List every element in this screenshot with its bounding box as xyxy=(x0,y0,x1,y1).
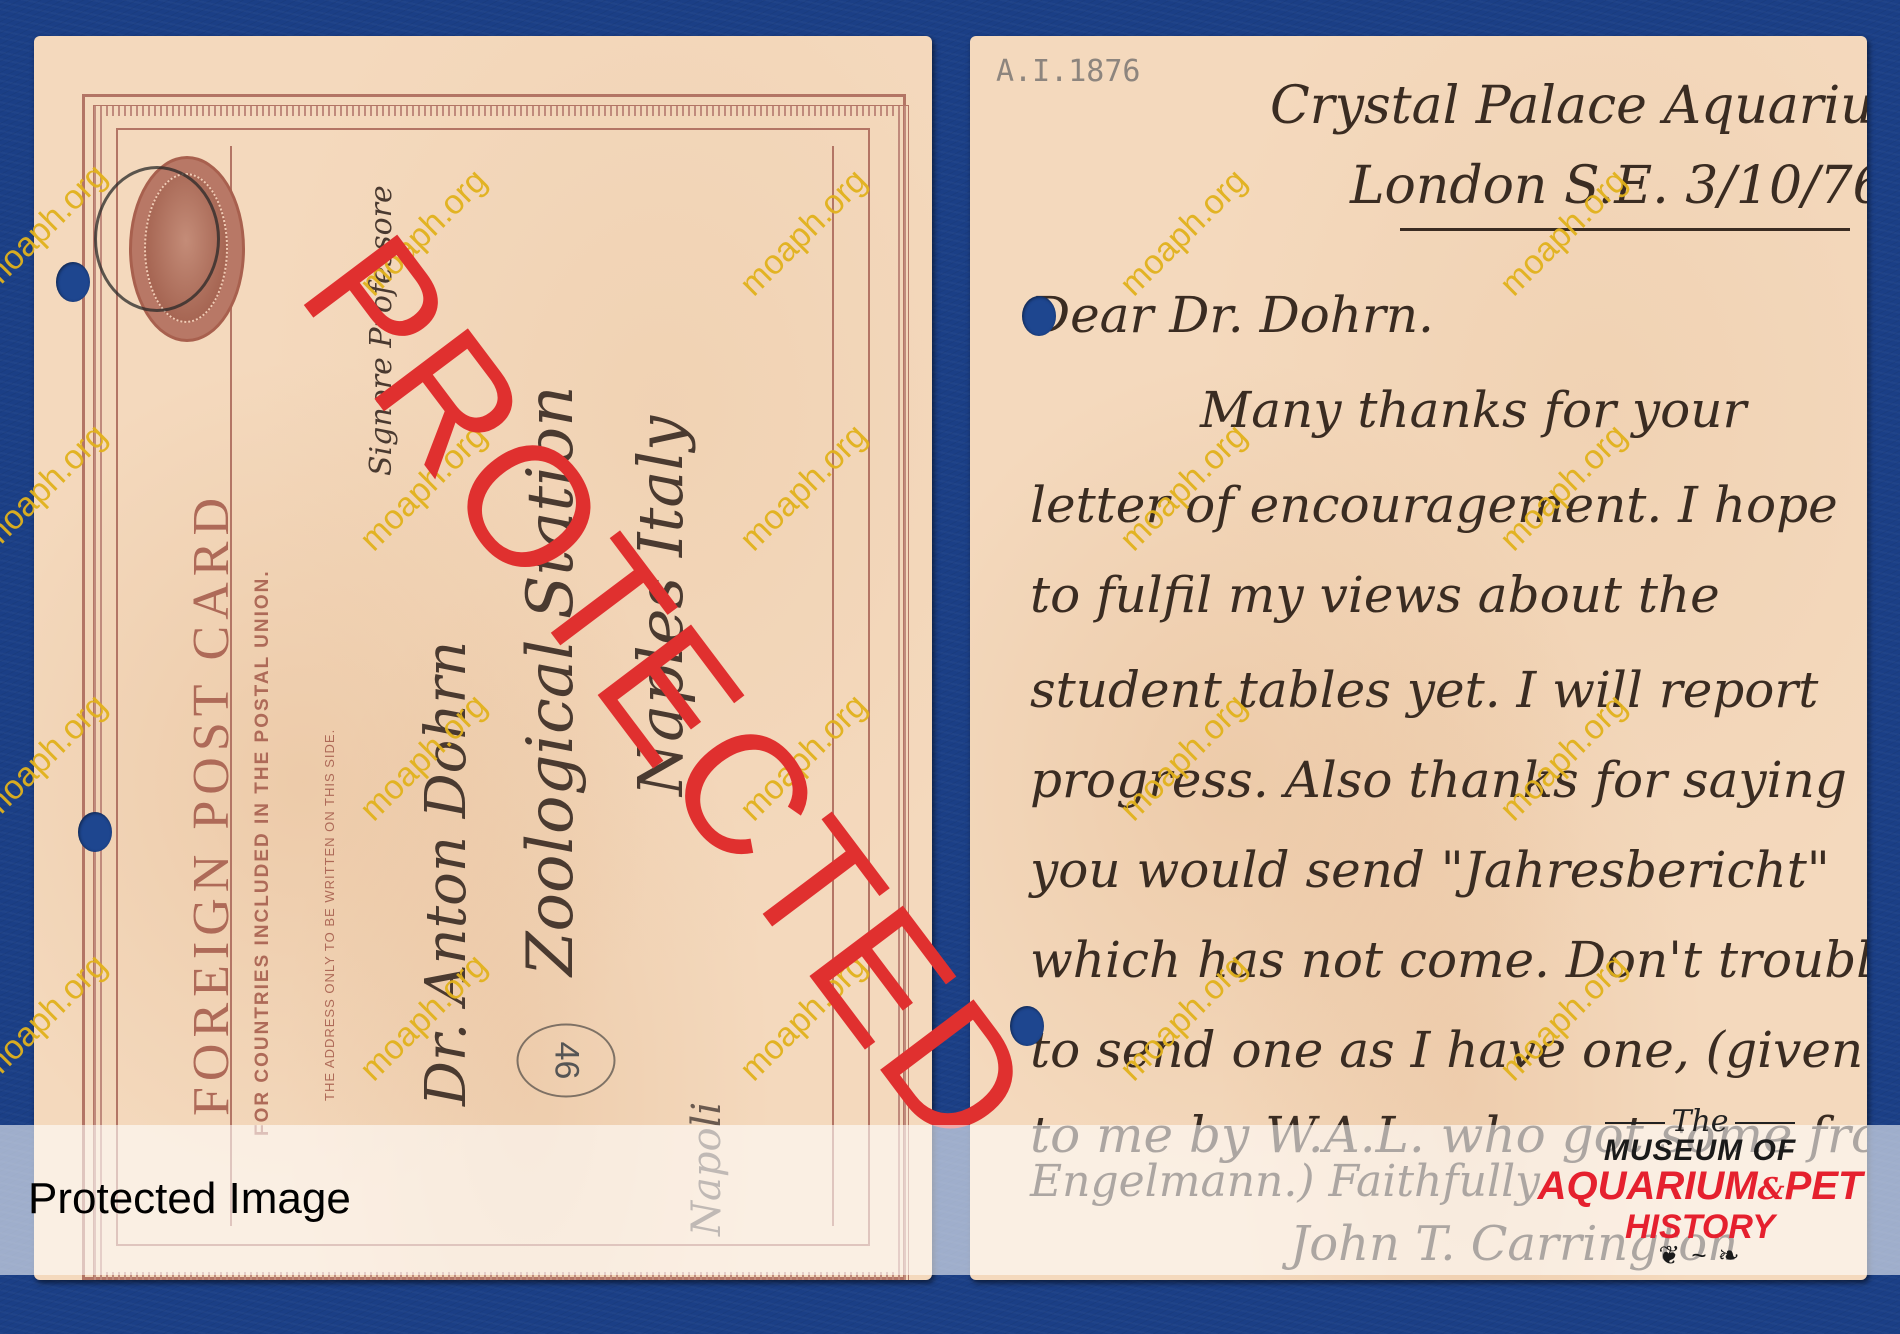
letter-line: Dear Dr. Dohrn. xyxy=(1030,286,1434,344)
logo-rule xyxy=(1605,1122,1665,1124)
address-line-name: Dr. Anton Dohrn xyxy=(414,641,479,1106)
punch-hole xyxy=(78,812,112,852)
letter-line: to send one as I have one, (given xyxy=(1030,1021,1863,1079)
header-underline xyxy=(1400,228,1850,231)
logo-rule xyxy=(1735,1122,1795,1124)
letter-line: letter of encouragement. I hope xyxy=(1030,476,1838,534)
punch-hole xyxy=(1022,296,1056,336)
logo-aquarium-pet: AQUARIUM&PET xyxy=(1530,1166,1870,1210)
logo-history: HISTORY xyxy=(1530,1210,1870,1244)
logo-the: The xyxy=(1530,1108,1870,1136)
postmark-circle xyxy=(94,166,220,312)
letter-line: which has not come. Don't trouble xyxy=(1030,931,1867,989)
address-line-city: Naples Italy xyxy=(624,416,697,796)
letter-line: to fulfil my views about the xyxy=(1030,566,1720,624)
letter-line: progress. Also thanks for saying xyxy=(1030,751,1847,809)
logo-museum-of: MUSEUM OF xyxy=(1530,1136,1870,1166)
postcard-back: A.I.1876 Crystal Palace Aquarium London … xyxy=(970,36,1867,1280)
punch-hole xyxy=(56,262,90,302)
letter-line: you would send "Jahresbericht" xyxy=(1030,841,1830,899)
flourish-icon: ❦ ~ ❧ xyxy=(1530,1244,1870,1266)
address-note: THE ADDRESS ONLY TO BE WRITTEN ON THIS S… xyxy=(322,729,337,1101)
letter-header-address: Crystal Palace Aquarium xyxy=(1270,76,1867,136)
receiving-mark: 46 xyxy=(517,1024,616,1098)
postcard-front: FOREIGN POST CARD FOR COUNTRIES INCLUDED… xyxy=(34,36,932,1280)
archive-number: A.I.1876 xyxy=(996,54,1141,89)
card-subtitle: FOR COUNTRIES INCLUDED IN THE POSTAL UNI… xyxy=(252,569,274,1136)
punch-hole xyxy=(1010,1006,1044,1046)
letter-line: student tables yet. I will report xyxy=(1030,661,1818,719)
letter-line: Many thanks for your xyxy=(1200,381,1746,439)
letter-header-date: London S.E. 3/10/76. xyxy=(1350,156,1867,216)
address-line-salutation: Signore Professore xyxy=(364,185,399,476)
museum-logo: The MUSEUM OF AQUARIUM&PET HISTORY ❦ ~ ❧ xyxy=(1530,1108,1870,1288)
address-line-institution: Zoological Station xyxy=(514,386,588,976)
card-title: FOREIGN POST CARD xyxy=(182,492,241,1116)
protected-image-label: Protected Image xyxy=(28,1174,351,1224)
